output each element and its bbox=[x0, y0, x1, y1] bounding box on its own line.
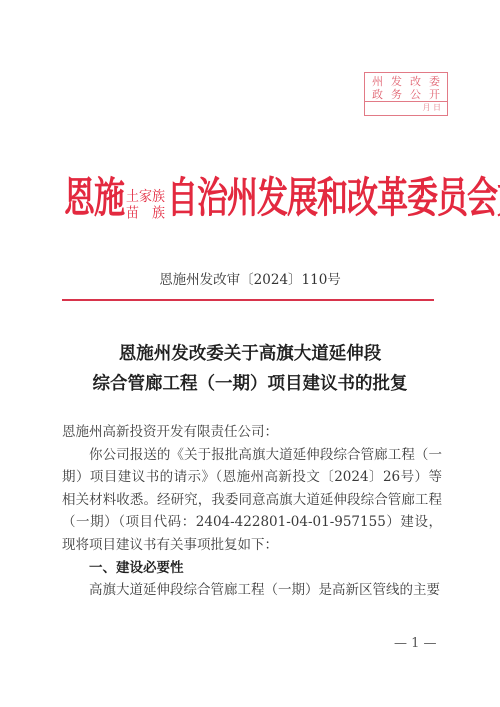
paragraph-1: 你公司报送的《关于报批高旗大道延伸段综合管廊工程（一期）项目建议书的请示》（恩施… bbox=[62, 444, 442, 557]
disclosure-stamp: 州 发 改 委 政 务 公 开 月 日 bbox=[364, 72, 448, 116]
stamp-char: 开 bbox=[429, 88, 440, 101]
stamp-char: 政 bbox=[372, 88, 383, 101]
document-title-line2: 综合管廊工程（一期）项目建议书的批复 bbox=[0, 370, 500, 395]
document-header: 恩施 土家族 苗 族 自治州发展和改革委员会文件 bbox=[64, 174, 444, 224]
header-part2: 自治州发展和改革委员会文件 bbox=[167, 163, 500, 224]
document-title-line1: 恩施州发改委关于高旗大道延伸段 bbox=[0, 340, 500, 365]
document-body: 恩施州高新投资开发有限责任公司： 你公司报送的《关于报批高旗大道延伸段综合管廊工… bbox=[62, 421, 442, 602]
red-divider bbox=[62, 299, 434, 301]
stamp-char: 委 bbox=[429, 75, 440, 88]
header-small-bottom: 苗 族 bbox=[126, 206, 165, 223]
stamp-char: 发 bbox=[391, 75, 402, 88]
header-part1: 恩施 bbox=[64, 163, 124, 224]
stamp-char: 务 bbox=[391, 88, 402, 101]
header-small-top: 土家族 bbox=[126, 189, 165, 206]
header-ethnic: 土家族 苗 族 bbox=[126, 189, 165, 222]
stamp-char: 改 bbox=[410, 75, 421, 88]
stamp-char: 公 bbox=[410, 88, 421, 101]
stamp-char: 州 bbox=[372, 75, 383, 88]
stamp-date: 月 日 bbox=[365, 101, 447, 114]
page-number: — 1 — bbox=[394, 636, 437, 651]
section-heading: 一、建设必要性 bbox=[62, 557, 442, 580]
addressee: 恩施州高新投资开发有限责任公司： bbox=[62, 421, 442, 444]
document-number: 恩施州发改审〔2024〕110号 bbox=[0, 268, 500, 288]
section-text: 高旗大道延伸段综合管廊工程（一期）是高新区管线的主要 bbox=[62, 579, 442, 602]
